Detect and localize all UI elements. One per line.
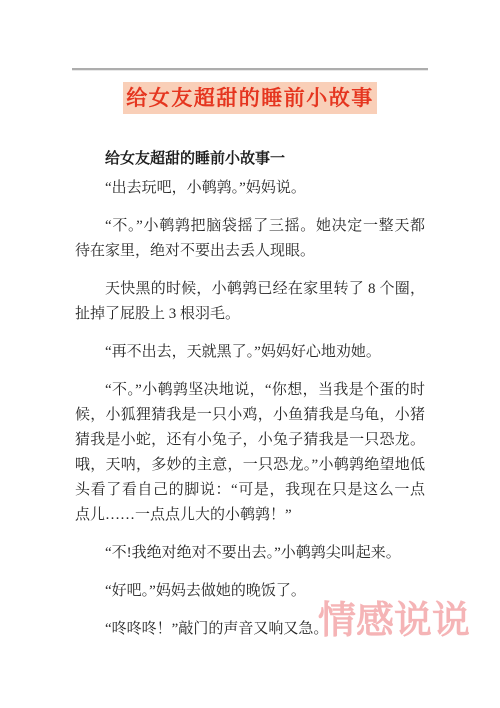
watermark: 情感说说 bbox=[318, 589, 470, 644]
article-body: “出去玩吧，小鹌鹑。”妈妈说。 “不。”小鹌鹑把脑袋摇了三摇。她决定一整天都待在… bbox=[75, 176, 425, 655]
article-title: 给女友超甜的睡前小故事 bbox=[0, 82, 500, 112]
paragraph: “不。”小鹌鹑把脑袋摇了三摇。她决定一整天都待在家里，绝对不要出去丢人现眼。 bbox=[75, 214, 425, 264]
paragraph: “再不出去，天就黑了。”妈妈好心地劝她。 bbox=[75, 340, 425, 365]
paragraph: “不!我绝对绝对不要出去。”小鹌鹑尖叫起来。 bbox=[75, 541, 425, 566]
paragraph: “出去玩吧，小鹌鹑。”妈妈说。 bbox=[75, 176, 425, 201]
section-heading: 给女友超甜的睡前小故事一 bbox=[75, 147, 425, 168]
article-title-text: 给女友超甜的睡前小故事 bbox=[123, 82, 377, 114]
paragraph: 天快黑的时候，小鹌鹑已经在家里转了 8 个圈，扯掉了屁股上 3 根羽毛。 bbox=[75, 277, 425, 327]
paragraph: “不。”小鹌鹑坚决地说，“你想，当我是个蛋的时候，小狐狸猜我是一只小鸡，小鱼猜我… bbox=[75, 378, 425, 528]
top-divider bbox=[72, 68, 428, 71]
document-page: 给女友超甜的睡前小故事 给女友超甜的睡前小故事一 “出去玩吧，小鹌鹑。”妈妈说。… bbox=[0, 0, 500, 708]
